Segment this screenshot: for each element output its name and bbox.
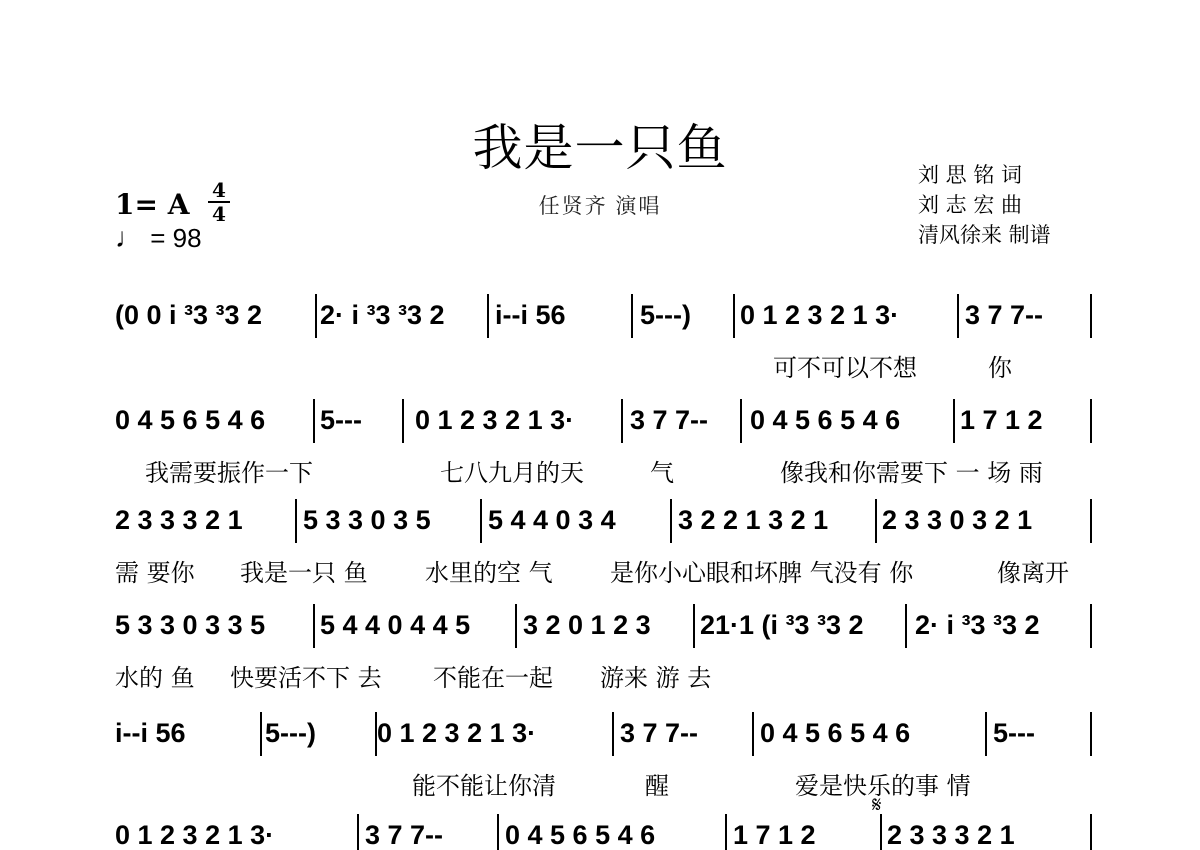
bar-line [693, 604, 695, 648]
measure: 2 3 3 3 2 1 [887, 820, 1015, 850]
measure: 5--- [993, 718, 1035, 749]
lyric-phrase: 能不能让你清 [412, 766, 556, 801]
bar-line [1090, 399, 1092, 443]
bar-line [621, 399, 623, 443]
bar-line [740, 399, 742, 443]
lyric-phrase: 醒 [645, 766, 669, 801]
lyric-phrase: 气 [650, 453, 674, 488]
bar-line [487, 294, 489, 338]
lyric-phrase: 不能在一起 [433, 658, 553, 693]
lyric-phrase: 需 要你 [115, 553, 195, 588]
measure: 0 1 2 3 2 1 3· [415, 405, 574, 436]
bar-line [953, 399, 955, 443]
measure: 5--- [320, 405, 362, 436]
measure: 5---) [640, 300, 691, 331]
lyric-phrase: 像我和你需要下 一 场 雨 [780, 453, 1043, 488]
lyric-phrase: 快要活不下 去 [230, 658, 382, 693]
bar-line [497, 814, 499, 850]
segno-icon: 𝄋 [872, 793, 881, 818]
quarter-note-icon: ♩ [115, 222, 143, 254]
measure: 2· i ³3 ³3 2 [320, 300, 445, 331]
measure: 0 4 5 6 5 4 6 [115, 405, 265, 436]
measure: 3 2 2 1 3 2 1 [678, 505, 828, 536]
measure: 0 1 2 3 2 1 3· [377, 718, 536, 749]
bar-line [985, 712, 987, 756]
transcriber-credit: 清风徐来 制谱 [918, 220, 1051, 250]
measure: 0 4 5 6 5 4 6 [750, 405, 900, 436]
bar-line [480, 499, 482, 543]
measure: 0 4 5 6 5 4 6 [505, 820, 655, 850]
measure: 1 7 1 2 [733, 820, 816, 850]
time-signature-bottom: 4 [208, 204, 230, 224]
measure: i--i 56 [115, 718, 186, 749]
measure: 3 7 7-- [620, 718, 698, 749]
lyric-phrase: 我是一只 鱼 [240, 553, 368, 588]
tempo-marking: ♩ = 98 [115, 222, 202, 254]
bar-line [1090, 604, 1092, 648]
measure: 5---) [265, 718, 316, 749]
measure: 5 4 4 0 4 4 5 [320, 610, 470, 641]
measure: 3 2 0 1 2 3 [523, 610, 651, 641]
composer-credit: 刘 志 宏 曲 [918, 190, 1051, 220]
bar-line [1090, 294, 1092, 338]
bar-line [905, 604, 907, 648]
measure: 3 7 7-- [630, 405, 708, 436]
measure: 0 1 2 3 2 1 3· [740, 300, 899, 331]
lyric-phrase: 我需要振作一下 [145, 453, 313, 488]
measure: 2· i ³3 ³3 2 [915, 610, 1040, 641]
bar-line [1090, 814, 1092, 850]
time-signature-top: 4 [208, 180, 230, 200]
bar-line [295, 499, 297, 543]
bar-line [375, 712, 377, 756]
bar-line [1090, 712, 1092, 756]
bar-line [515, 604, 517, 648]
lyric-phrase: 是你小心眼和坏脾 气没有 你 [610, 553, 913, 588]
lyric-phrase: 你 [988, 348, 1012, 383]
measure: 3 7 7-- [365, 820, 443, 850]
bar-line [733, 294, 735, 338]
lyric-phrase: 游来 游 去 [600, 658, 711, 693]
measure: (0 0 i ³3 ³3 2 [115, 300, 262, 331]
measure: 3 7 7-- [965, 300, 1043, 331]
lyric-phrase: 可不可以不想 [773, 348, 917, 383]
measure: 0 4 5 6 5 4 6 [760, 718, 910, 749]
bar-line [880, 814, 882, 850]
measure: 2 3 3 3 2 1 [115, 505, 243, 536]
measure: 0 1 2 3 2 1 3· [115, 820, 274, 850]
bar-line [260, 712, 262, 756]
lyricist-credit: 刘 思 铭 词 [918, 160, 1051, 190]
measure: 2 3 3 0 3 2 1 [882, 505, 1032, 536]
measure: 5 3 3 0 3 5 [303, 505, 431, 536]
bar-line [725, 814, 727, 850]
bar-line [752, 712, 754, 756]
bar-line [313, 399, 315, 443]
lyric-phrase: 七八九月的天 [440, 453, 584, 488]
measure: 5 4 4 0 3 4 [488, 505, 616, 536]
bar-line [1090, 499, 1092, 543]
credits-block: 刘 思 铭 词 刘 志 宏 曲 清风徐来 制谱 [918, 160, 1051, 250]
measure: 1 7 1 2 [960, 405, 1043, 436]
bar-line [357, 814, 359, 850]
measure: i--i 56 [495, 300, 566, 331]
lyric-phrase: 水里的空 气 [425, 553, 553, 588]
bar-line [402, 399, 404, 443]
bar-line [875, 499, 877, 543]
bar-line [315, 294, 317, 338]
lyric-phrase: 像离开 [997, 553, 1069, 588]
lyric-phrase: 爱是快乐的事 情 [795, 766, 971, 801]
bar-line [612, 712, 614, 756]
key-signature: 1= A [115, 188, 189, 221]
tempo-value: = 98 [150, 223, 201, 253]
time-signature: 4 4 [208, 180, 230, 224]
bar-line [957, 294, 959, 338]
bar-line [313, 604, 315, 648]
measure: 5 3 3 0 3 3 5 [115, 610, 265, 641]
bar-line [670, 499, 672, 543]
lyric-phrase: 水的 鱼 [115, 658, 195, 693]
bar-line [631, 294, 633, 338]
measure: 21·1 (i ³3 ³3 2 [700, 610, 864, 641]
